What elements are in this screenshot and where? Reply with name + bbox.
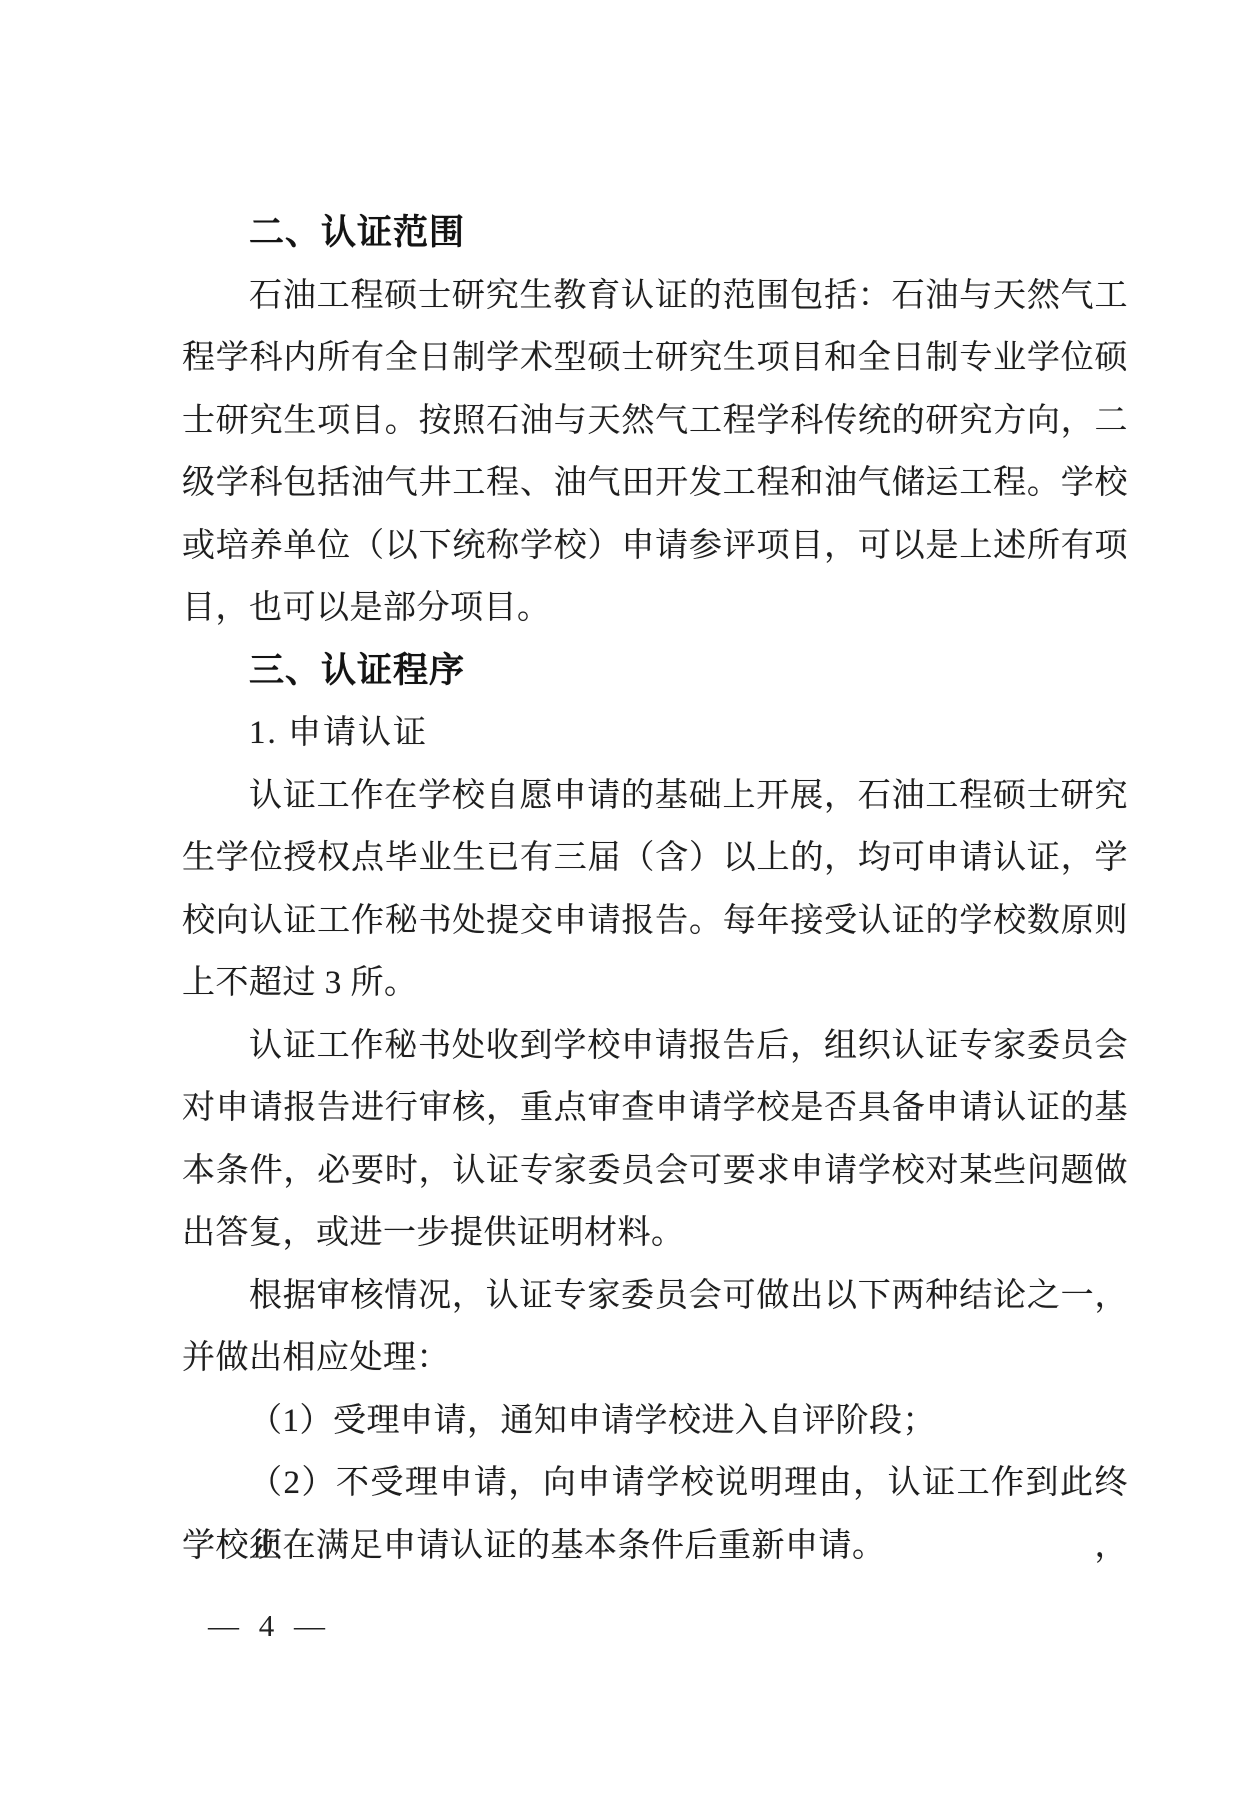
scope-paragraph-line: 士研究生项目。按照石油与天然气工程学科传统的研究方向，二 <box>182 390 1128 453</box>
apply-paragraph-line: 上不超过 3 所。 <box>182 952 1128 1015</box>
conclusion-paragraph-line: 并做出相应处理： <box>182 1327 1128 1390</box>
page-number: — 4 — <box>208 1608 331 1644</box>
accept-item-line: （1）受理申请，通知申请学校进入自评阶段； <box>182 1390 1128 1453</box>
section-heading-scope: 二、认证范围 <box>182 202 1128 265</box>
apply-paragraph-line: 生学位授权点毕业生已有三届（含）以上的，均可申请认证，学 <box>182 827 1128 890</box>
scope-paragraph-line: 石油工程硕士研究生教育认证的范围包括：石油与天然气工 <box>182 265 1128 328</box>
apply-paragraph-line: 校向认证工作秘书处提交申请报告。每年接受认证的学校数原则 <box>182 890 1128 953</box>
review-paragraph-line: 本条件，必要时，认证专家委员会可要求申请学校对某些问题做 <box>182 1140 1128 1203</box>
document-body: 二、认证范围 石油工程硕士研究生教育认证的范围包括：石油与天然气工 程学科内所有… <box>182 202 1128 1577</box>
review-paragraph-line: 认证工作秘书处收到学校申请报告后，组织认证专家委员会 <box>182 1015 1128 1078</box>
apply-paragraph-line: 认证工作在学校自愿申请的基础上开展，石油工程硕士研究 <box>182 765 1128 828</box>
conclusion-paragraph-line: 根据审核情况，认证专家委员会可做出以下两种结论之一， <box>182 1265 1128 1328</box>
review-paragraph-line: 对申请报告进行审核，重点审查申请学校是否具备申请认证的基 <box>182 1077 1128 1140</box>
step-heading-apply: 1. 申请认证 <box>182 702 1128 765</box>
scope-paragraph-line: 级学科包括油气井工程、油气田开发工程和油气储运工程。学校 <box>182 452 1128 515</box>
document-page: 二、认证范围 石油工程硕士研究生教育认证的范围包括：石油与天然气工 程学科内所有… <box>0 0 1252 1813</box>
scope-paragraph-line: 目，也可以是部分项目。 <box>182 577 1128 640</box>
section-heading-procedure: 三、认证程序 <box>182 640 1128 703</box>
reject-item-line: （2）不受理申请，向申请学校说明理由，认证工作到此终止， <box>182 1452 1128 1515</box>
scope-paragraph-line: 程学科内所有全日制学术型硕士研究生项目和全日制专业学位硕 <box>182 327 1128 390</box>
scope-paragraph-line: 或培养单位（以下统称学校）申请参评项目，可以是上述所有项 <box>182 515 1128 578</box>
review-paragraph-line: 出答复，或进一步提供证明材料。 <box>182 1202 1128 1265</box>
